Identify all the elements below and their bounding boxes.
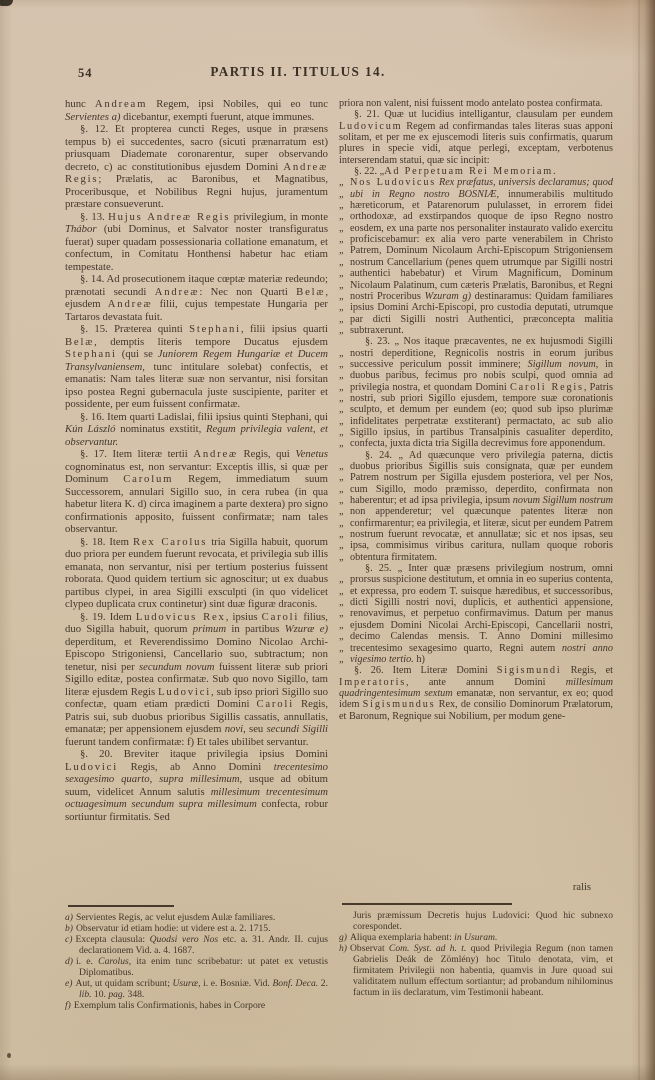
text-segment: Caroli [256, 698, 294, 710]
paragraph: §. 17. Item literæ tertii Andreæ Regis, … [65, 448, 328, 536]
paragraph: §. 16. Item quarti Ladislai, filii ipsiu… [65, 411, 328, 449]
text-segment: Imperatoris [339, 677, 406, 688]
text-segment: privilegium, in monte [230, 211, 328, 223]
footnote: e)Aut, ut quidam scribunt; Usuræ, i. e. … [65, 978, 328, 1000]
footnote-marker: b) [65, 923, 76, 934]
text-segment: Carolus [98, 956, 129, 967]
text-segment: Andreæ [193, 448, 238, 460]
text-segment: §. 17. Item literæ tertii [80, 448, 193, 460]
text-segment: Stephani [65, 348, 117, 360]
text-segment: 2. [318, 978, 328, 989]
text-segment: Sigismundi [497, 665, 562, 676]
text-segment: Hujus Andreæ Regis [108, 211, 230, 223]
book-page: 54 PARTIS II. TITULUS 14. hunc Andream R… [0, 0, 655, 1080]
paragraph: §. 14. Ad prosecutionem itaque cœptæ mat… [65, 273, 328, 323]
text-segment: Bonf. Deca. [272, 978, 318, 989]
text-segment: Observatur id etiam hodie: ut videre est… [76, 923, 271, 934]
text-segment: (qui se [117, 348, 158, 360]
text-segment: Com. Syst. ad h. t. [389, 943, 466, 954]
text-segment: , ipsius [226, 611, 262, 623]
text-segment: Regis, et [562, 665, 613, 676]
paragraph: §. 25. „ Inter quæ præsens privilegium n… [339, 563, 613, 665]
text-segment: Juris præmissum Decretis hujus Ludovici:… [353, 910, 613, 932]
footnote-marker: d) [65, 956, 76, 967]
text-segment: §. 20. Breviter itaque privilegia ipsius… [80, 748, 328, 760]
text-segment: Wzuræ e) [285, 623, 328, 635]
text-segment: 10. [92, 989, 109, 1000]
text-segment: novum Sigillum nostrum [513, 495, 613, 506]
paragraph: §. 22. „Ad Perpetuam Rei Memoriam. [339, 166, 613, 177]
text-segment: Regem, ipsi Nobiles, qui eo tunc [147, 98, 328, 110]
footnote: c)Excepta clausula: Quodsi vero Nos etc.… [65, 934, 328, 956]
text-segment: §. 21. Quæ ut lucidius intelligantur, cl… [354, 109, 613, 120]
text-segment: Aut, ut quidam scribunt; [75, 978, 172, 989]
text-segment: lib. [79, 989, 92, 1000]
footnotes-right: Juris præmissum Decretis hujus Ludovici:… [339, 903, 613, 998]
text-segment: Ludovicum [339, 121, 402, 132]
text-segment: secundi Sigilli [267, 723, 328, 735]
footnote: g)Aliqua exemplaria habent: in Usuram. [339, 932, 613, 943]
footnote: Juris præmissum Decretis hujus Ludovici:… [339, 910, 613, 932]
text-segment: §. 15. Præterea quinti [80, 323, 189, 335]
text-segment: , seu [243, 723, 266, 735]
paragraph: §. 26. Item Literæ Domini Sigismundi Reg… [339, 665, 613, 722]
text-segment: secundum novum [139, 661, 215, 673]
paragraph: §. 21. Quæ ut lucidius intelligantur, cl… [339, 109, 613, 166]
footnote-marker: g) [339, 932, 350, 943]
text-segment: Nos Ludovicus [350, 177, 436, 188]
text-segment: Caroli [262, 611, 300, 623]
paragraph: §. 18. Item Rex Carolus tria Sigilla hab… [65, 536, 328, 611]
text-segment: in partibus [226, 623, 285, 635]
text-segment: §. 16. Item quarti Ladislai, filii ipsiu… [80, 411, 328, 423]
text-segment: innumerabilis multitudo hæreticorum, et … [350, 189, 613, 302]
text-segment: §. 25. „ Inter quæ præsens privilegium n… [350, 563, 613, 653]
text-segment: , filii ipsius quarti [241, 323, 328, 335]
text-segment: Regis, ab Anno Domini [118, 761, 274, 773]
paragraph: §. 23. „ Nos itaque præcaventes, ne ex h… [339, 336, 613, 449]
text-column-left: hunc Andream Regem, ipsi Nobiles, qui eo… [65, 98, 328, 904]
text-segment: Aliqua exemplaria habent: [350, 932, 454, 943]
text-segment: Andreæ [108, 298, 153, 310]
text-segment: primum [193, 623, 226, 635]
paragraph: Nos Ludovicus Rex præfatus, universis de… [339, 177, 613, 336]
text-segment: Exemplum talis Confirmationis, habes in … [74, 1000, 265, 1011]
text-segment: Observat [350, 943, 389, 954]
footnote-marker: e) [65, 978, 75, 989]
catchword: ralis [339, 882, 591, 893]
text-segment: Andream [95, 98, 147, 110]
text-segment: non appenderetur; vel quæcunque patentes… [350, 506, 613, 562]
paragraph: §. 24. „ Ad quæcunque vero privilegia pa… [339, 450, 613, 563]
footnote-separator-left [68, 905, 174, 907]
footnote: h)Observat Com. Syst. ad h. t. quod Priv… [339, 943, 613, 998]
text-segment: Quodsi vero Nos [150, 934, 219, 945]
text-segment: Carolum [123, 473, 173, 485]
text-segment: Wzuram g) [425, 291, 471, 302]
text-segment: §. 19. Idem [80, 611, 136, 623]
footnote-marker: f) [65, 1000, 74, 1011]
text-segment: (ubi Dominus, et Salvator noster transfi… [65, 223, 328, 273]
text-segment: , i. e. Bosniæ. Vid. [198, 978, 272, 989]
text-segment: Stephani [189, 323, 241, 335]
text-segment: Andreæ [155, 286, 200, 298]
footnote-marker: c) [65, 934, 75, 945]
paragraph: §. 13. Hujus Andreæ Regis privilegium, i… [65, 211, 328, 274]
text-segment: ; Prælatis, ac Baronibus, et Magnatibus,… [65, 173, 328, 210]
text-segment: Ludovicus Rex [136, 611, 226, 623]
text-segment: Caroli Regis [510, 382, 584, 393]
footnote-marker: a) [65, 912, 76, 923]
text-segment: : Nec non Quarti [199, 286, 296, 298]
paragraph: §. 15. Præterea quinti Stephani, filii i… [65, 323, 328, 411]
paragraph: §. 12. Et propterea cuncti Reges, usque … [65, 123, 328, 211]
text-segment: 348. [125, 989, 144, 1000]
quote-marks-gutter: „„„„„„„„„ [339, 348, 349, 450]
text-segment: novi [225, 723, 243, 735]
page-crease [638, 0, 640, 1080]
text-segment: , [150, 773, 160, 785]
text-segment: Ad Perpetuam Rei Memoriam. [384, 166, 557, 177]
footnote: b)Observatur id etiam hodie: ut videre e… [65, 923, 328, 934]
text-column-right: priora non valent, nisi fuissent modo an… [339, 98, 613, 884]
text-segment: Sigismundus [363, 699, 436, 710]
footnote: a)Servientes Regis, ac velut ejusdem Aul… [65, 912, 328, 923]
text-segment: Belæ [296, 286, 325, 298]
text-segment: Usuræ [172, 978, 198, 989]
paragraph: hunc Andream Regem, ipsi Nobiles, qui eo… [65, 98, 328, 123]
page-edge-shadow-bottom [0, 1064, 655, 1080]
paragraph: priora non valent, nisi fuissent modo an… [339, 98, 613, 109]
text-segment: fuerunt tandem confirmatæ: f) Et tales u… [65, 736, 308, 748]
text-segment: dicebantur, exempti fuerunt, atque immun… [121, 111, 315, 123]
text-segment: §. 13. [80, 211, 108, 223]
text-segment: Servientes a) [65, 111, 121, 123]
text-segment: Belæ [65, 336, 94, 348]
text-segment: §. 22. „ [354, 166, 384, 177]
footnote: d)i. e. Carolus, ita enim tunc scribebat… [65, 956, 328, 978]
page-edge-shadow-top [0, 0, 655, 9]
text-segment: Regis, qui [238, 448, 295, 460]
quote-marks-gutter: „„„„„„„„„„„„„„ [339, 177, 349, 336]
footnote-list-right: Juris præmissum Decretis hujus Ludovici:… [339, 910, 613, 998]
running-head: PARTIS II. TITULUS 14. [0, 64, 596, 80]
ink-speck [7, 1053, 11, 1058]
text-segment: Ludovici [65, 761, 118, 773]
text-segment: pag. [108, 989, 125, 1000]
text-segment: priora non valent, nisi fuissent modo an… [339, 98, 603, 109]
text-segment: Sigillum novum [528, 359, 596, 370]
text-segment: , demptis literis tempore Ducatus ejusde… [94, 336, 328, 348]
text-segment: nominatus exstitit, [115, 423, 206, 435]
footnote: f)Exemplum talis Confirmationis, habes i… [65, 1000, 328, 1011]
page-edge-shadow-right [631, 0, 655, 1080]
quote-marks-gutter: „„„„„„„„ [339, 574, 349, 665]
paragraph: §. 19. Idem Ludovicus Rex, ipsius Caroli… [65, 611, 328, 749]
text-segment: , ante annum Domini [406, 677, 566, 688]
text-segment: Kún László [65, 423, 115, 435]
text-segment: supra millesimum [159, 773, 239, 785]
text-segment: Rex Carolus [133, 536, 207, 548]
footnote-list-left: a)Servientes Regis, ac velut ejusdem Aul… [65, 912, 328, 1011]
footnotes-left: a)Servientes Regis, ac velut ejusdem Aul… [65, 905, 328, 1011]
text-segment: hunc [65, 98, 95, 110]
text-segment: §. 26. Item Literæ Domini [354, 665, 497, 676]
footnote-separator-right [342, 903, 512, 905]
text-segment: Venetus [295, 448, 328, 460]
quote-marks-gutter: „„„„„„„„„ [339, 461, 349, 563]
footnote-marker: h) [339, 943, 350, 954]
text-segment: in Usuram. [454, 932, 497, 943]
text-segment: Thábor [65, 223, 96, 235]
text-segment: i. e. [76, 956, 98, 967]
scan-corner-mark [0, 0, 13, 6]
paragraph: §. 20. Breviter itaque privilegia ipsius… [65, 748, 328, 823]
page-edge-shadow-left [0, 0, 12, 1080]
text-segment: Servientes Regis, ac velut ejusdem Aulæ … [76, 912, 275, 923]
text-segment: Ludovici [158, 686, 211, 698]
text-segment: §. 18. Item [80, 536, 133, 548]
text-segment: Excepta clausula: [75, 934, 149, 945]
text-segment: h) [414, 654, 425, 665]
